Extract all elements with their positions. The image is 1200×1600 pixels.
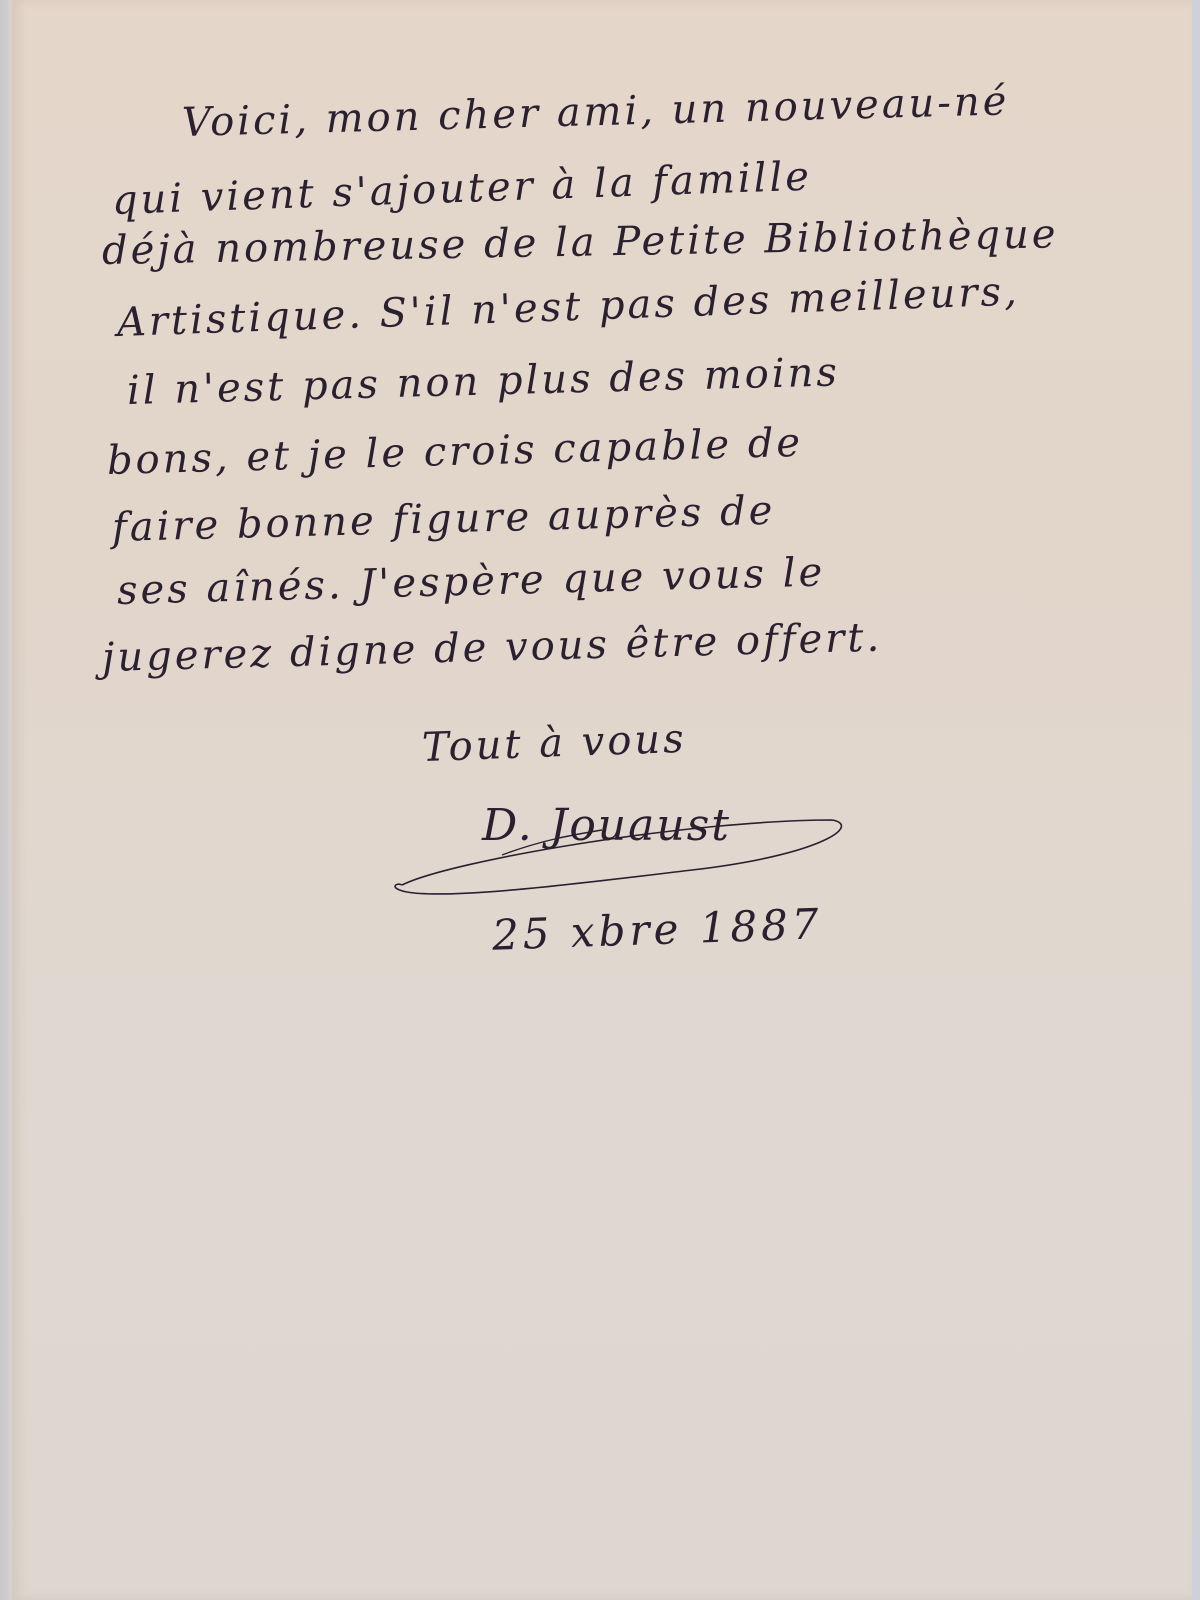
letter-line-4: Artistique. S'il n'est pas des meilleurs… — [116, 268, 1020, 345]
letter-line-5: il n'est pas non plus des moins — [126, 349, 840, 414]
background-edge-right — [1192, 0, 1200, 1600]
letter-date: 25 xbre 1887 — [491, 899, 823, 960]
letter-line-2: qui vient s'ajouter à la famille — [111, 154, 812, 224]
letter-line-9: jugerez digne de vous être offert. — [101, 615, 882, 681]
background-edge-left — [0, 0, 12, 1600]
letter-closing: Tout à vous — [421, 716, 687, 771]
signature: D. Jouaust — [482, 800, 731, 851]
letter-page: Voici, mon cher ami, un nouveau-né qui v… — [12, 0, 1194, 1600]
letter-line-1: Voici, mon cher ami, un nouveau-né — [181, 78, 1009, 146]
letter-line-6: bons, et je le crois capable de — [106, 420, 803, 484]
letter-line-7: faire bonne figure auprès de — [111, 488, 776, 551]
letter-line-8: ses aînés. J'espère que vous le — [116, 549, 825, 614]
letter-line-3: déjà nombreuse de la Petite Bibliothèque — [102, 211, 1059, 274]
